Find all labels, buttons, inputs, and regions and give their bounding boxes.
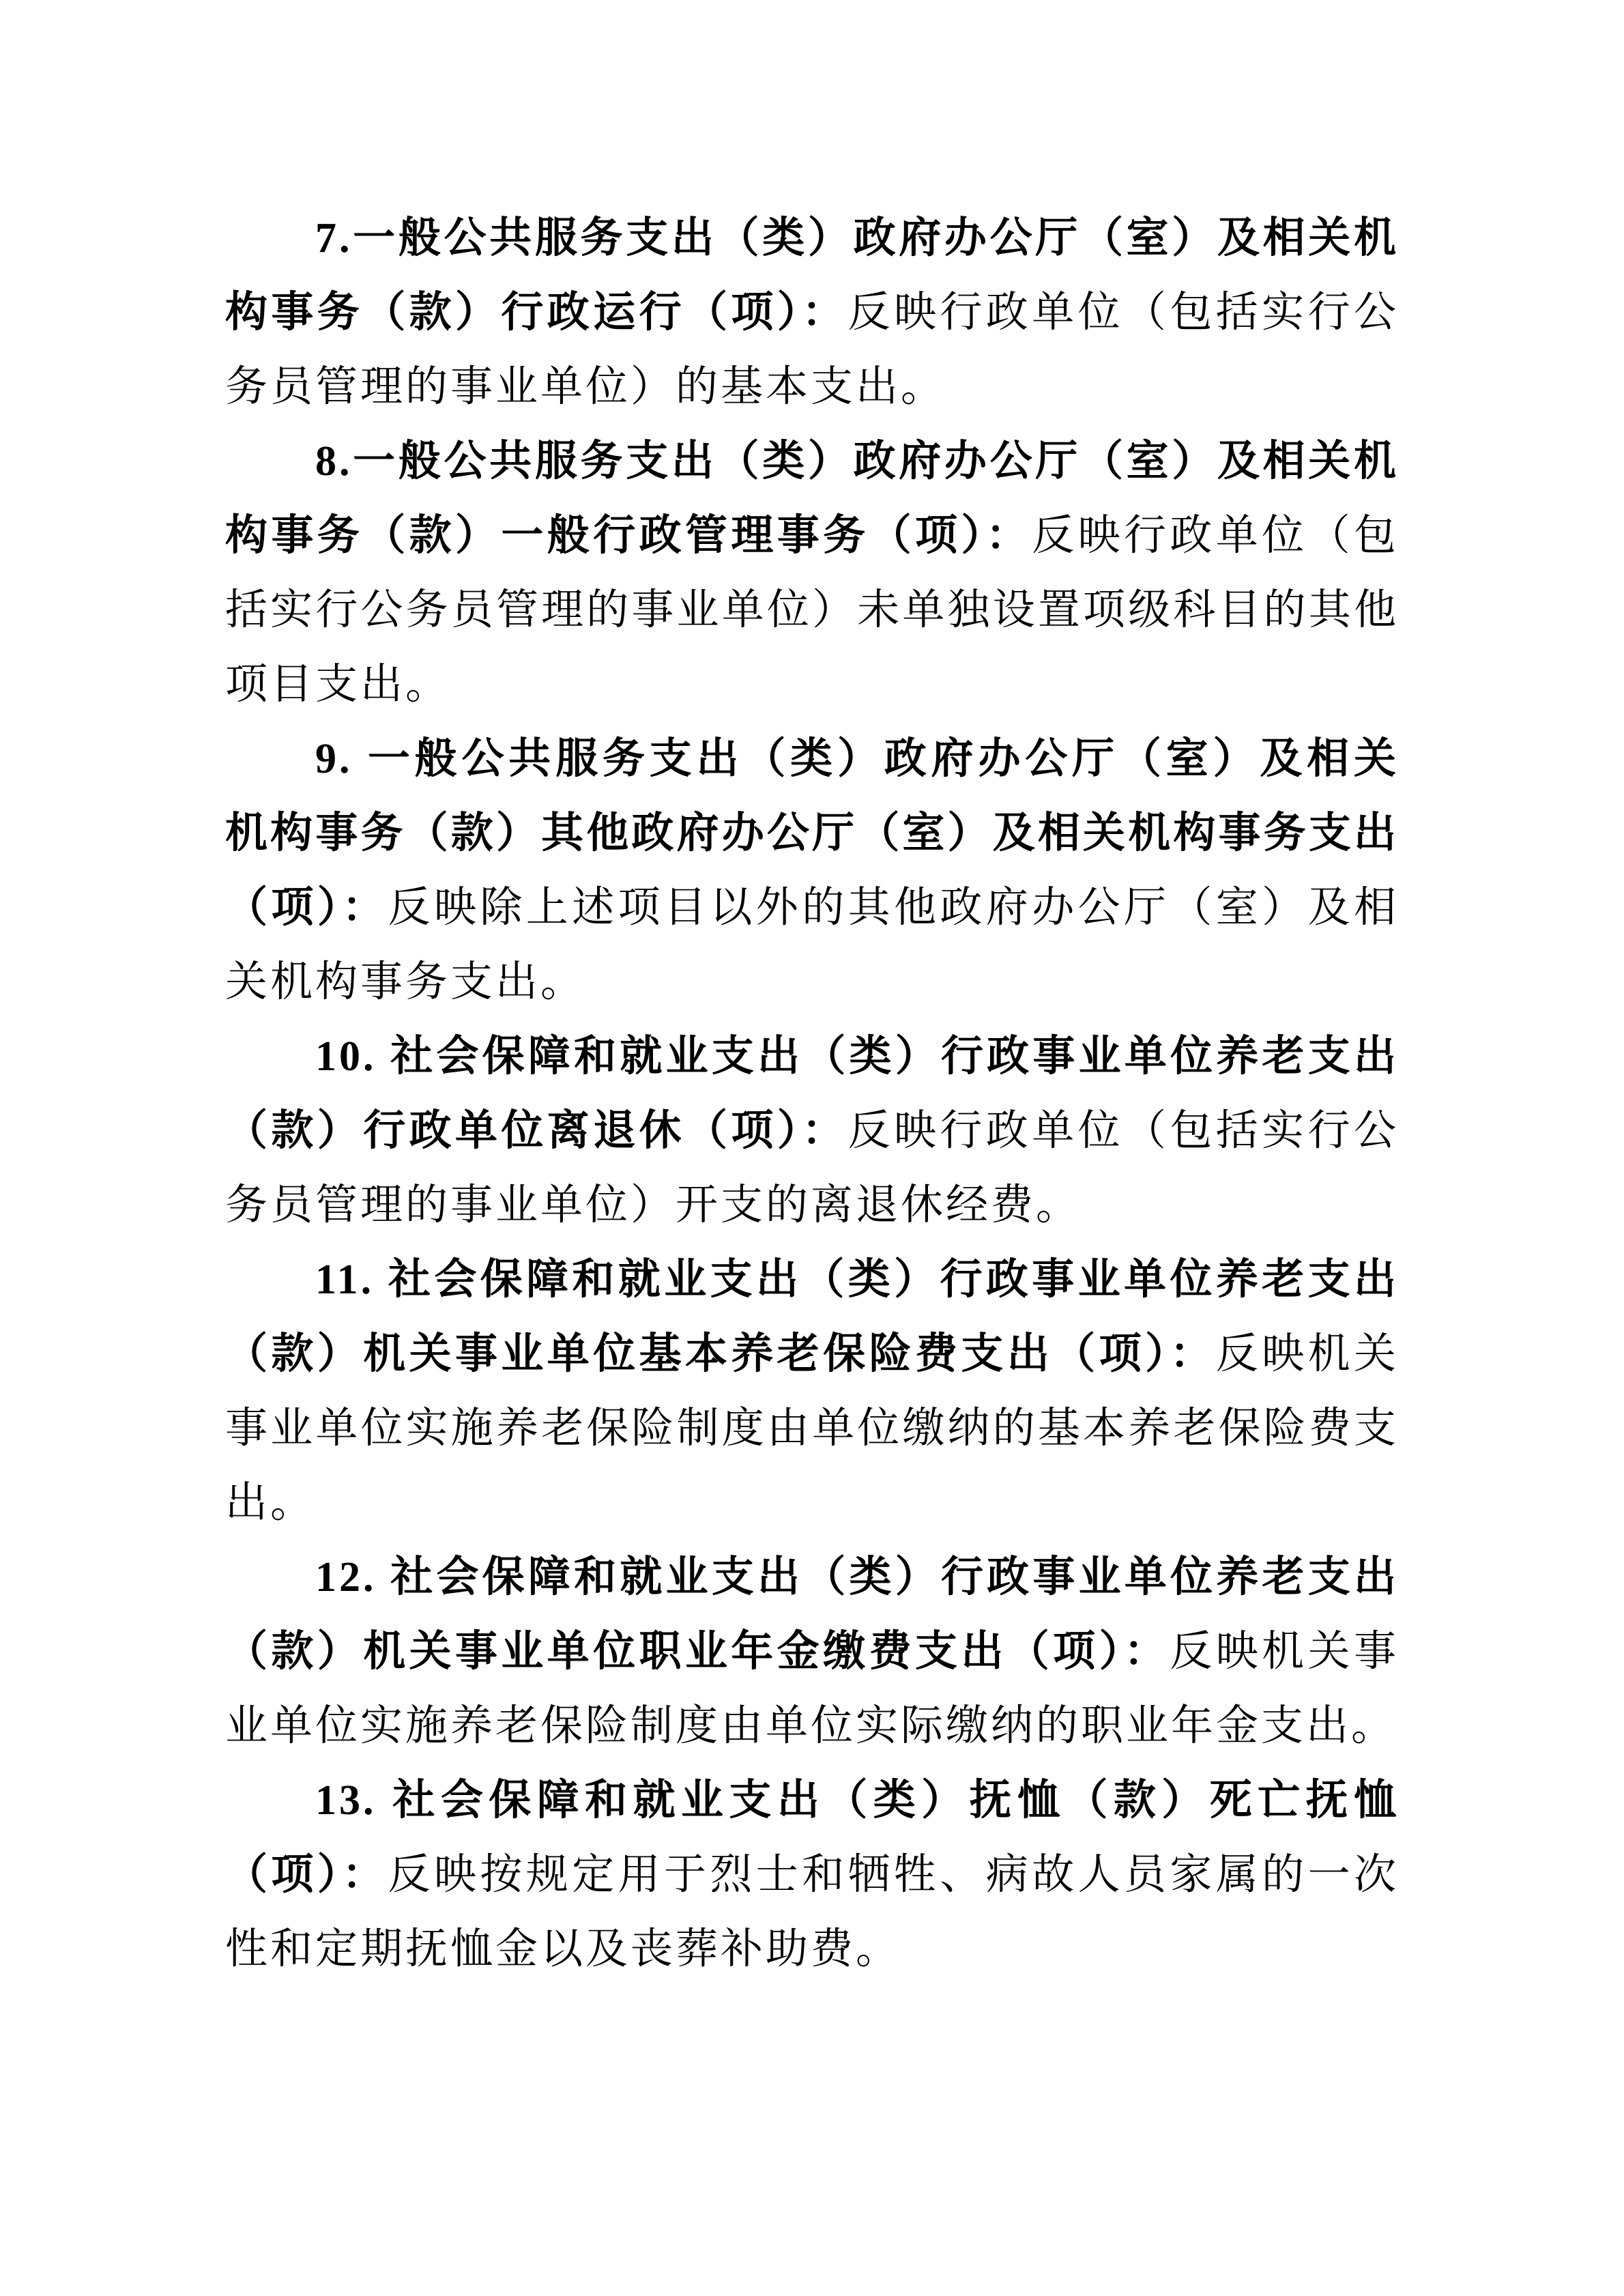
paragraph-12: 12. 社会保障和就业支出（类）行政事业单位养老支出（款）机关事业单位职业年金缴… xyxy=(225,1540,1399,1764)
paragraph-11: 11. 社会保障和就业支出（类）行政事业单位养老支出（款）机关事业单位基本养老保… xyxy=(225,1243,1399,1540)
paragraph-13-body: 反映按规定用于烈士和牺牲、病故人员家属的一次性和定期抚恤金以及丧葬补助费。 xyxy=(225,1852,1399,1972)
paragraph-9: 9. 一般公共服务支出（类）政府办公厅（室）及相关机构事务（款）其他政府办公厅（… xyxy=(225,722,1399,1020)
paragraph-7: 7.一般公共服务支出（类）政府办公厅（室）及相关机构事务（款）行政运行（项）：反… xyxy=(225,201,1399,425)
paragraph-13: 13. 社会保障和就业支出（类）抚恤（款）死亡抚恤（项）：反映按规定用于烈士和牺… xyxy=(225,1764,1399,1987)
paragraph-10: 10. 社会保障和就业支出（类）行政事业单位养老支出（款）行政单位离退休（项）：… xyxy=(225,1020,1399,1243)
paragraph-8: 8.一般公共服务支出（类）政府办公厅（室）及相关机构事务（款）一般行政管理事务（… xyxy=(225,425,1399,722)
document-page: 7.一般公共服务支出（类）政府办公厅（室）及相关机构事务（款）行政运行（项）：反… xyxy=(0,0,1624,2296)
paragraph-9-body: 反映除上述项目以外的其他政府办公厅（室）及相关机构事务支出。 xyxy=(225,885,1399,1005)
